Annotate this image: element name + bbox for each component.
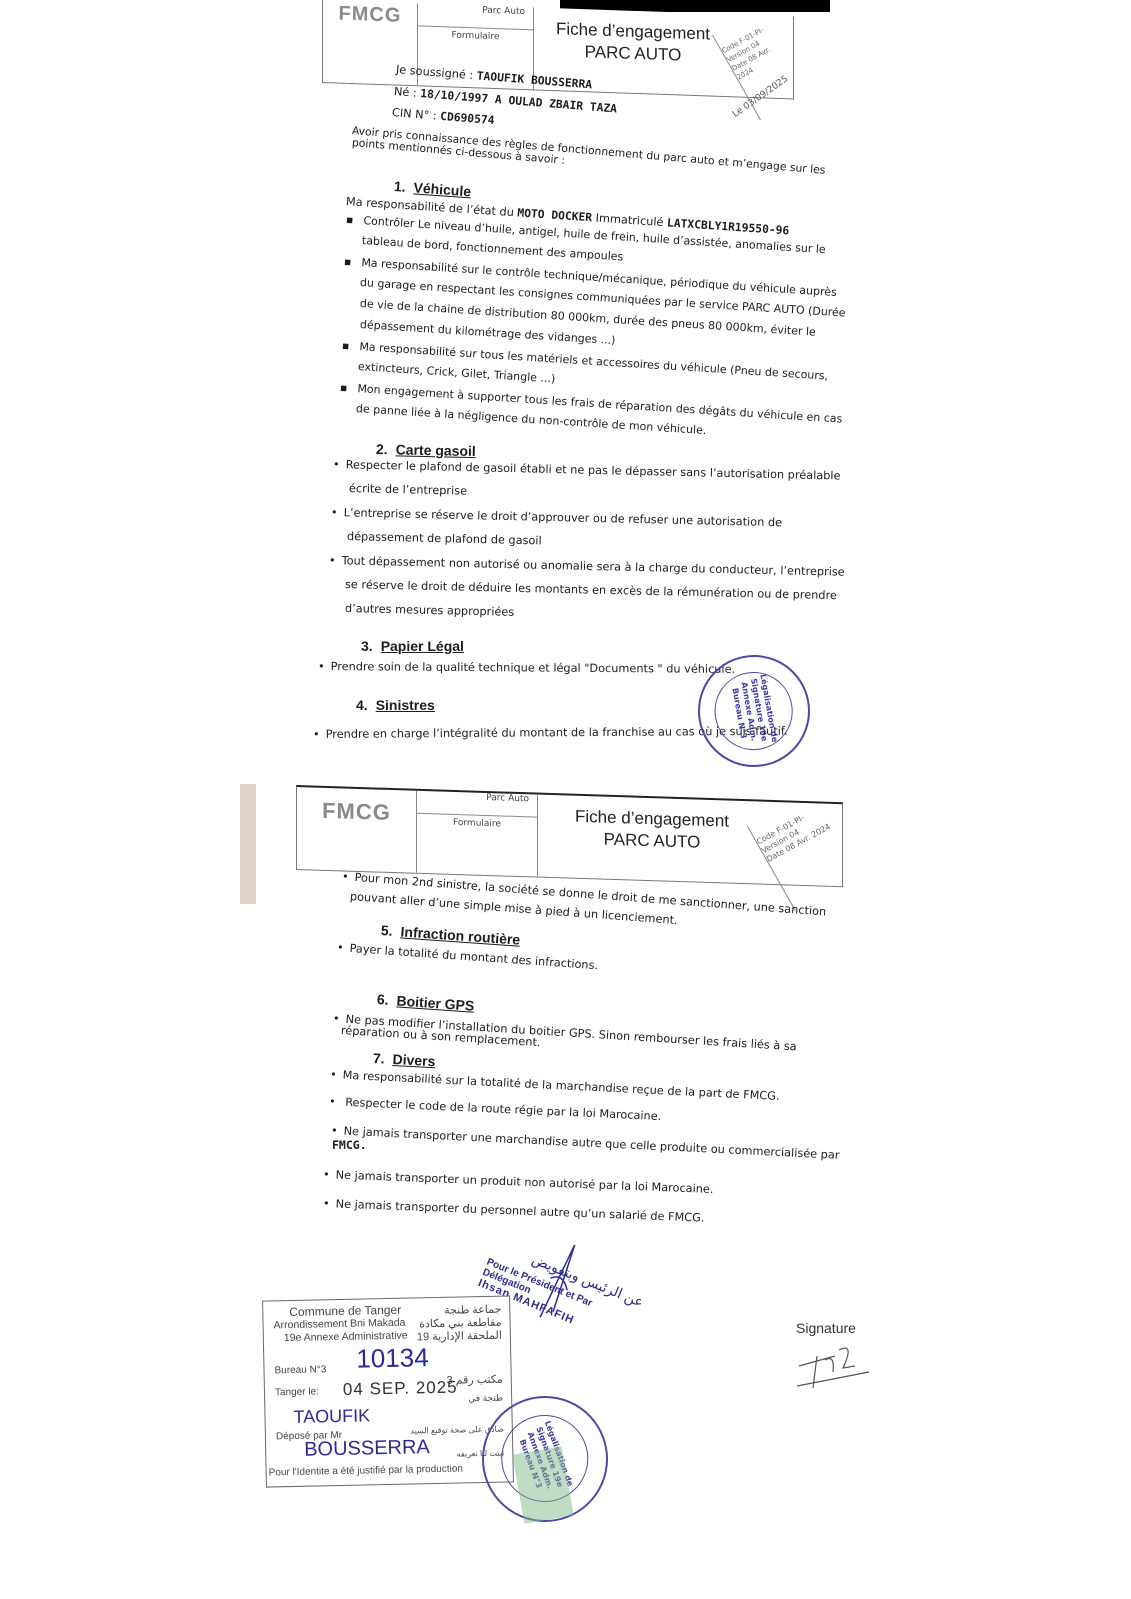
section-heading-carte-gasoil: 2.Carte gasoil (376, 441, 476, 459)
stamp-date: 04 SEP. 2025 (343, 1378, 458, 1400)
list-item-line: Tout dépassement non autorisé ou anomali… (329, 554, 845, 579)
list-item-line: extincteurs, Crick, Gilet, Triangle ...) (358, 360, 556, 385)
form-label: Formulaire (417, 817, 537, 831)
fmcg-logo: FMCG (297, 787, 417, 873)
register-number: 10134 (356, 1342, 429, 1375)
header-subtitle: Parc Auto (418, 3, 533, 30)
list-item-line: L’entreprise se réserve le droit d’appro… (331, 506, 782, 529)
list-item-line: Respecter le plafond de gasoil établi et… (333, 458, 841, 483)
section-heading-papier-legal: 3.Papier Légal (361, 638, 464, 654)
document-title: Fiche d’engagement PARC AUTO (533, 17, 733, 68)
legalisation-stamp-page-1: Légalisation de Signature 19e Annexe Adm… (698, 655, 810, 767)
list-item-line: d’autres mesures appropriées (345, 602, 514, 619)
form-type-cell: Parc Auto Formulaire (417, 791, 538, 877)
papier-legal-item: Prendre soin de la qualité technique et … (318, 660, 735, 676)
list-item-line: dépassement de plafond de gasoil (347, 530, 542, 547)
document-page-1: FMCG Parc Auto Formulaire Fiche d’engage… (0, 0, 1131, 780)
divers-item-continuation: FMCG. (332, 1138, 367, 1152)
list-item-line: écrite de l’entreprise (349, 482, 467, 498)
document-title: Fiche d’engagement PARC AUTO (537, 805, 767, 856)
header-subtitle: Parc Auto (417, 791, 537, 818)
identity-cin: CIN N° : CD690574 (391, 106, 494, 127)
form-label: Formulaire (418, 29, 533, 43)
legalisation-box-stamp: Commune de Tanger Arrondissement Bni Mak… (262, 1295, 514, 1487)
signature-label: Signature (796, 1320, 856, 1336)
signature-mark-icon (795, 1342, 875, 1392)
document-meta: Code F-01-PI- Version 04 Date 08 Avr. 20… (747, 791, 861, 912)
section-heading-divers: 7.Divers (373, 1050, 436, 1069)
section-heading-sinistres: 4.Sinistres (356, 697, 435, 713)
section-heading-vehicule: 1.Véhicule (393, 178, 471, 199)
list-item-line: se réserve le droit de déduire les monta… (345, 578, 837, 602)
